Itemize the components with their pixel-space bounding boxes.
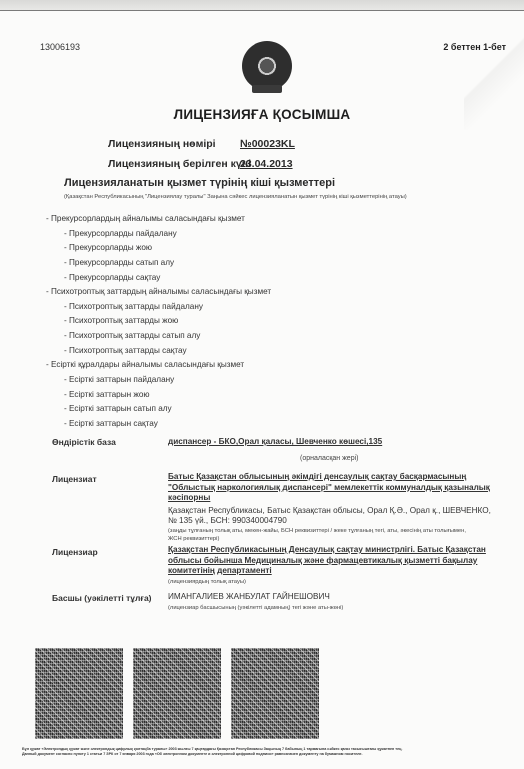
qr-code-3 xyxy=(231,648,319,739)
subactivities-note: (Қазақстан Республикасының "Лицензиялау … xyxy=(64,194,407,200)
license-number-label: Лицензияның нөмірі xyxy=(108,138,216,150)
production-base-value: диспансер - БКО,Орал қаласы, Шевченко кө… xyxy=(168,437,382,446)
production-base-label: Өндірістік база xyxy=(52,437,116,447)
licensor-caption: (лицензиярдың толық атауы) xyxy=(168,577,498,588)
scan-top-edge xyxy=(0,0,524,11)
subactivity-item: - Психотроптық заттарды сақтау xyxy=(46,344,271,359)
page-title: ЛИЦЕНЗИЯҒА ҚОСЫМША xyxy=(0,107,524,122)
activity-group: - Есірткі құралдары айналымы саласындағы… xyxy=(46,358,271,373)
page-info: 2 беттен 1-бет xyxy=(443,42,506,52)
head-label: Басшы (уәкілетті тұлға) xyxy=(52,593,152,603)
head-name: ИМАНГАЛИЕВ ЖАНБУЛАТ ГАЙНЕШОВИЧ xyxy=(168,592,498,603)
subactivities-title: Лицензияланатын қызмет түрінің кіші қызм… xyxy=(64,177,335,189)
subactivity-item: - Прекурсорларды сатып алу xyxy=(46,256,271,271)
footer-line-ru: Данный документ согласно пункту 1 статьи… xyxy=(22,752,492,757)
licensor-block: Қазақстан Республикасының Денсаулық сақт… xyxy=(168,545,498,587)
qr-code-2 xyxy=(133,648,221,739)
license-date-value: 23.04.2013 xyxy=(240,158,293,170)
subactivity-item: - Психотроптық заттарды сатып алу xyxy=(46,329,271,344)
licensee-name: Батыс Қазақстан облысының әкімдігі денса… xyxy=(168,472,498,504)
subactivity-item: - Есірткі заттарын сатып алу xyxy=(46,402,271,417)
licensee-caption: (заңды тұлғаның толық аты, мекен-жайы, Б… xyxy=(168,527,468,543)
subactivity-item: - Прекурсорларды сақтау xyxy=(46,271,271,286)
head-caption: (лицензиар басшысының (уәкілетті адамның… xyxy=(168,603,498,614)
licensor-name: Қазақстан Республикасының Денсаулық сақт… xyxy=(168,545,498,577)
subactivity-item: - Психотроптық заттарды жою xyxy=(46,314,271,329)
licensee-block: Батыс Қазақстан облысының әкімдігі денса… xyxy=(168,472,498,543)
licensee-label: Лицензиат xyxy=(52,474,97,484)
subactivity-item: - Есірткі заттарын жою xyxy=(46,388,271,403)
activity-group: - Психотроптық заттардың айналымы саласы… xyxy=(46,285,271,300)
subactivity-item: - Прекурсорларды жою xyxy=(46,241,271,256)
activity-group: - Прекурсорлардың айналымы саласындағы қ… xyxy=(46,212,271,227)
production-base-caption: (орналасқан жері) xyxy=(300,455,358,462)
subactivity-item: - Есірткі заттарын сақтау xyxy=(46,417,271,432)
subactivity-item: - Психотроптық заттарды пайдалану xyxy=(46,300,271,315)
head-block: ИМАНГАЛИЕВ ЖАНБУЛАТ ГАЙНЕШОВИЧ (лицензиа… xyxy=(168,592,498,613)
legal-footer: Бұл құжат «Электрондық құжат және электр… xyxy=(22,747,492,757)
subactivity-item: - Прекурсорларды пайдалану xyxy=(46,227,271,242)
document-number: 13006193 xyxy=(40,42,80,52)
subactivities-list: - Прекурсорлардың айналымы саласындағы қ… xyxy=(46,212,271,432)
licensor-label: Лицензиар xyxy=(52,547,98,557)
qr-code-1 xyxy=(35,648,123,739)
state-emblem-icon xyxy=(242,41,292,91)
license-number-value: №00023KL xyxy=(240,138,295,150)
subactivity-item: - Есірткі заттарын пайдалану xyxy=(46,373,271,388)
licensee-address: Қазақстан Республикасы, Батыс Қазақстан … xyxy=(168,506,498,527)
license-date-label: Лицензияның берілген күні xyxy=(108,158,251,170)
